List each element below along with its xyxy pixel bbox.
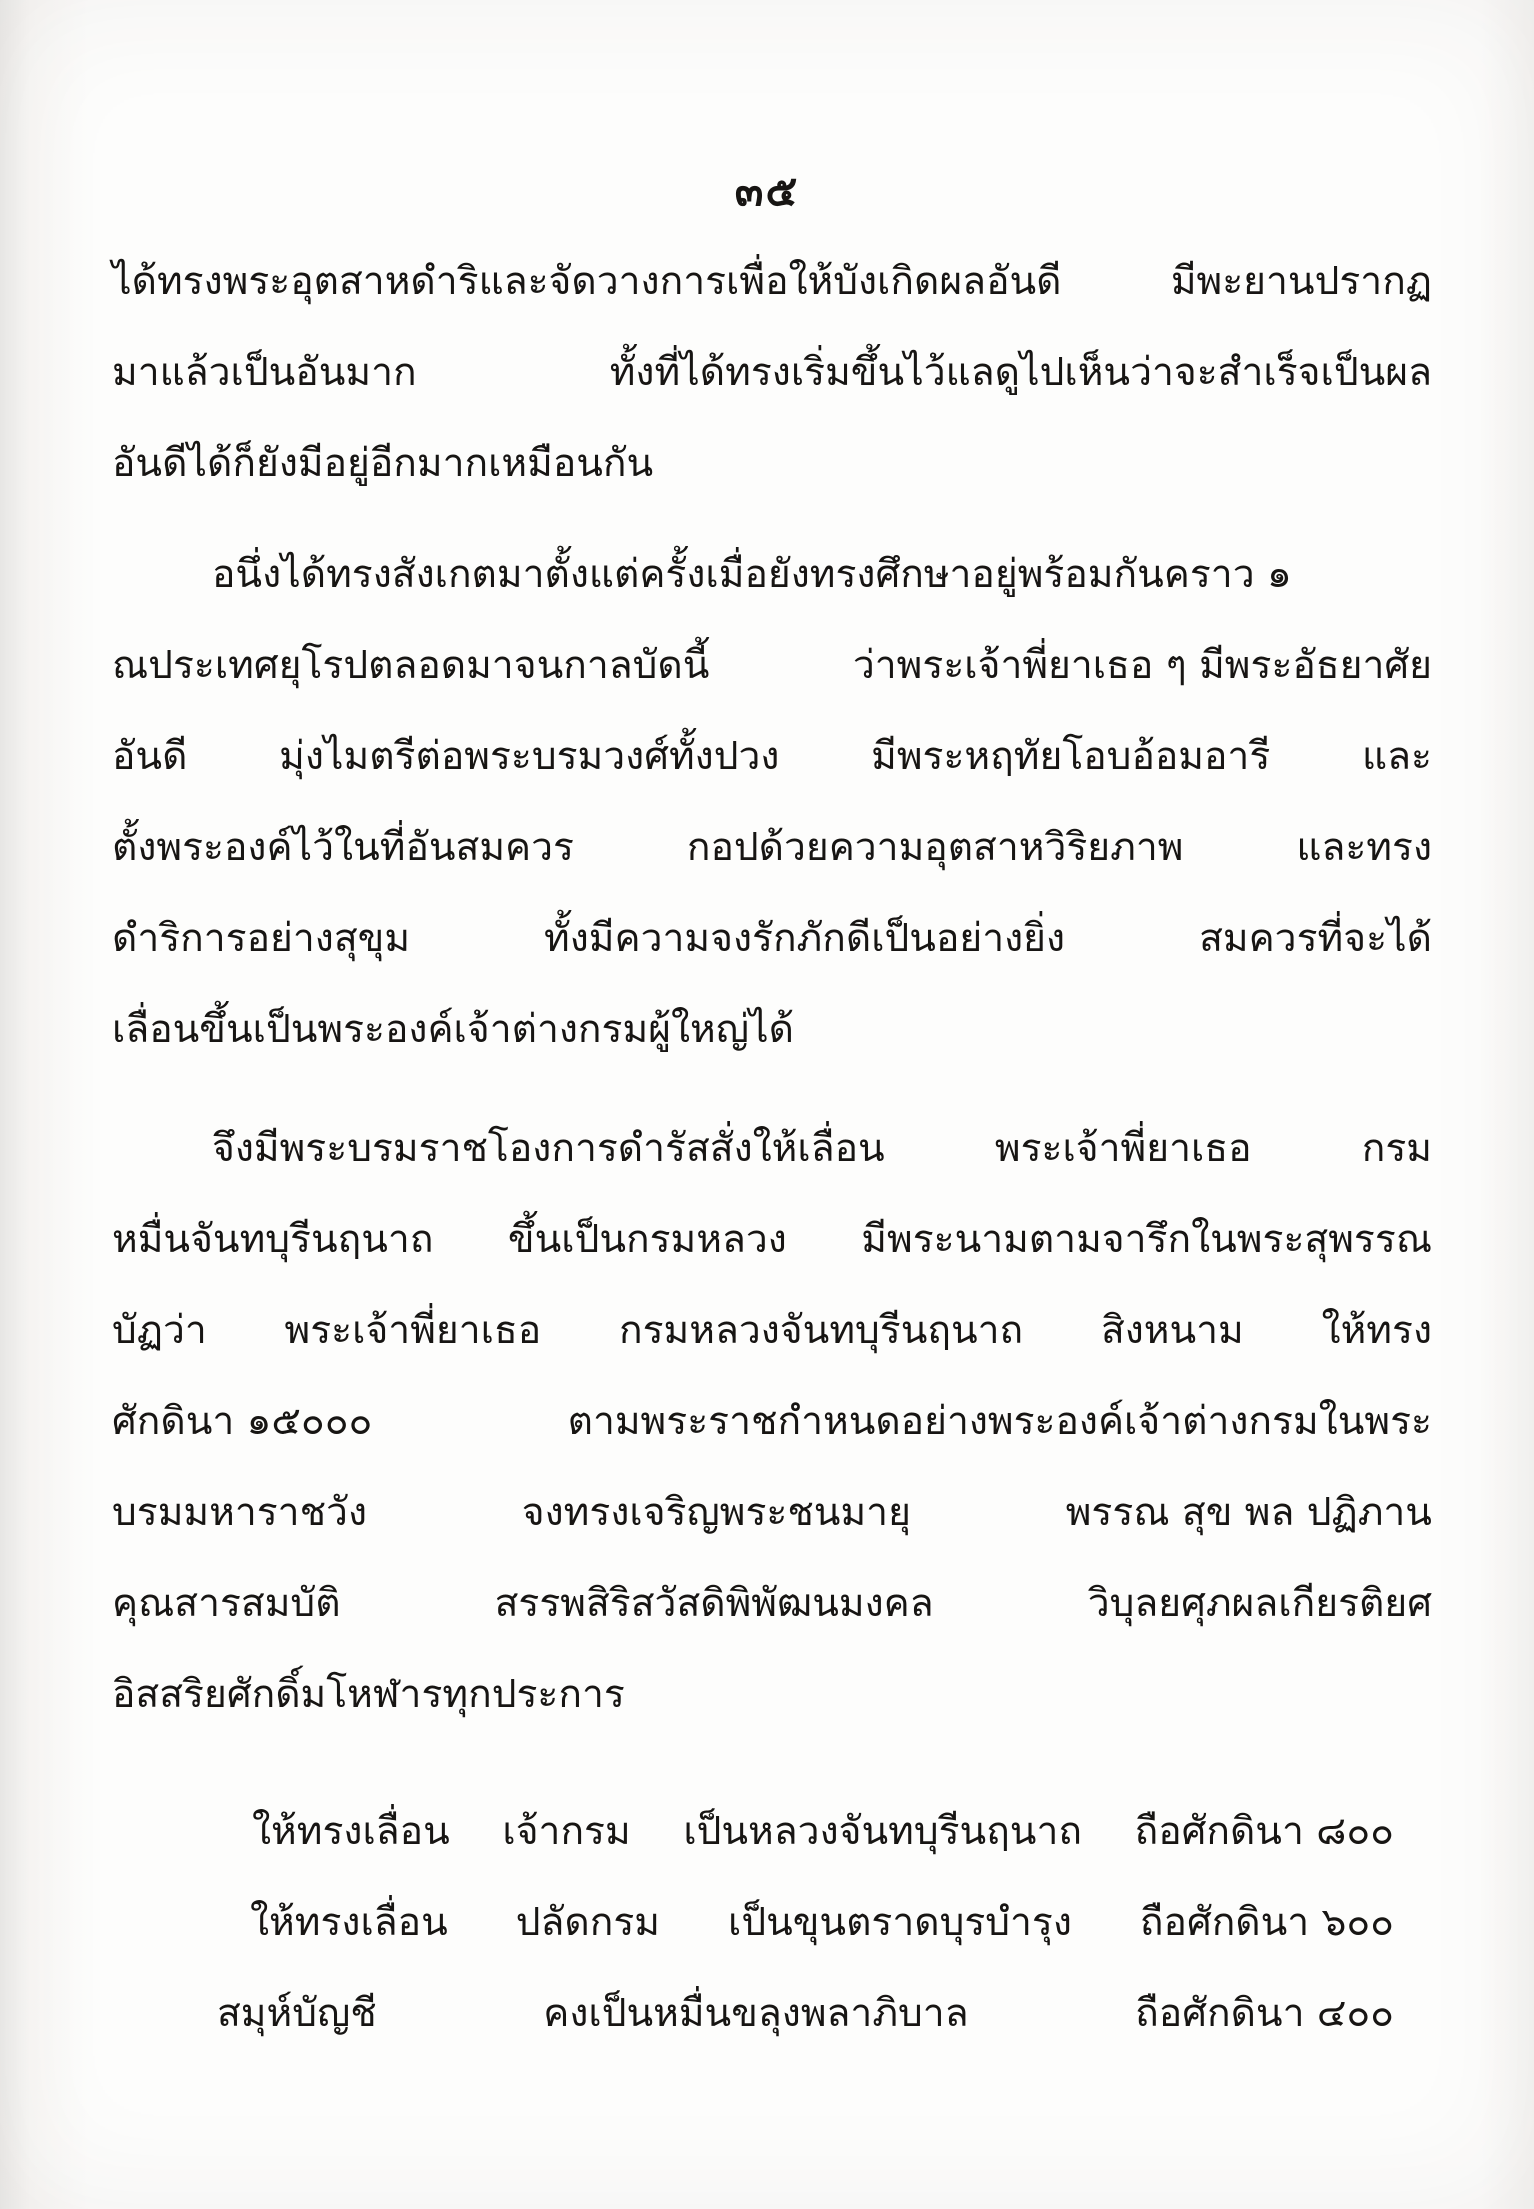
paragraph: จึงมีพระบรมราชโองการดำรัสสั่งให้เลื่อนพร…: [112, 1103, 1432, 1740]
paragraph: อนึ่งได้ทรงสังเกตมาตั้งแต่ครั้งเมื่อยังท…: [112, 529, 1432, 1075]
text-segment: มุ่งไมตรีต่อพระบรมวงศ์ทั้งปวง: [279, 711, 779, 802]
page-number: ๓๕: [0, 158, 1534, 224]
text-segment: ว่าพระเจ้าพี่ยาเธอ ๆ มีพระอัธยาศัย: [853, 620, 1432, 711]
text-segment: จึงมีพระบรมราชโองการดำรัสสั่งให้เลื่อน: [212, 1103, 885, 1194]
text-segment: เลื่อนขึ้นเป็นพระองค์เจ้าต่างกรมผู้ใหญ่ไ…: [112, 984, 794, 1075]
text-line: อันดีได้ก็ยังมีอยู่อีกมากเหมือนกัน: [112, 418, 1432, 509]
text-line: สมุห์บัญชีคงเป็นหมื่นขลุงพลาภิบาลถือศักด…: [112, 1968, 1432, 2059]
document-body: ได้ทรงพระอุตสาหดำริและจัดวางการเพื่อให้บ…: [112, 236, 1432, 2059]
text-segment: ศักดินา ๑๕๐๐๐: [112, 1376, 372, 1467]
text-segment: อันดีได้ก็ยังมีอยู่อีกมากเหมือนกัน: [112, 418, 653, 509]
paragraph: ให้ทรงเลื่อนเจ้ากรมเป็นหลวงจันทบุรีนฤนาถ…: [112, 1786, 1432, 2059]
text-segment: ถือศักดินา ๔๐๐: [1135, 1968, 1394, 2059]
scanned-document-page: ๓๕ ได้ทรงพระอุตสาหดำริและจัดวางการเพื่อใ…: [0, 0, 1534, 2209]
text-line: อนึ่งได้ทรงสังเกตมาตั้งแต่ครั้งเมื่อยังท…: [112, 529, 1432, 620]
text-segment: คงเป็นหมื่นขลุงพลาภิบาล: [543, 1968, 968, 2059]
text-segment: เป็นขุนตราดบุรบำรุง: [728, 1877, 1072, 1968]
text-segment: อันดี: [112, 711, 187, 802]
text-segment: บรมมหาราชวัง: [112, 1467, 367, 1558]
text-segment: ให้ทรงเลื่อน: [250, 1877, 448, 1968]
text-line: อันดีมุ่งไมตรีต่อพระบรมวงศ์ทั้งปวงมีพระห…: [112, 711, 1432, 802]
text-line: บัฏว่าพระเจ้าพี่ยาเธอกรมหลวงจันทบุรีนฤนา…: [112, 1285, 1432, 1376]
text-segment: ปลัดกรม: [516, 1877, 660, 1968]
text-segment: ตามพระราชกำหนดอย่างพระองค์เจ้าต่างกรมในพ…: [568, 1376, 1432, 1467]
text-segment: วิบุลยศุภผลเกียรติยศ: [1088, 1558, 1432, 1649]
text-segment: สิงหนาม: [1101, 1285, 1244, 1376]
text-segment: ดำริการอย่างสุขุม: [112, 893, 410, 984]
text-segment: มาแล้วเป็นอันมาก: [112, 327, 417, 418]
paragraph: ได้ทรงพระอุตสาหดำริและจัดวางการเพื่อให้บ…: [112, 236, 1432, 509]
text-segment: สมควรที่จะได้: [1199, 893, 1432, 984]
text-segment: เป็นหลวงจันทบุรีนฤนาถ: [683, 1786, 1082, 1877]
text-segment: มีพระหฤทัยโอบอ้อมอารี: [871, 711, 1270, 802]
text-segment: ณประเทศยุโรปตลอดมาจนกาลบัดนี้: [112, 620, 709, 711]
text-segment: และทรง: [1296, 802, 1432, 893]
text-segment: เจ้ากรม: [502, 1786, 630, 1877]
text-segment: สรรพสิริสวัสดิพิพัฒนมงคล: [495, 1558, 934, 1649]
text-segment: หมื่นจันทบุรีนฤนาถ: [112, 1194, 433, 1285]
text-line: ให้ทรงเลื่อนเจ้ากรมเป็นหลวงจันทบุรีนฤนาถ…: [112, 1786, 1432, 1877]
text-segment: และ: [1362, 711, 1432, 802]
text-segment: มีพะยานปรากฏ: [1171, 236, 1432, 327]
text-segment: จงทรงเจริญพระชนมายุ: [522, 1467, 911, 1558]
text-segment: กรม: [1362, 1103, 1432, 1194]
text-segment: ได้ทรงพระอุตสาหดำริและจัดวางการเพื่อให้บ…: [112, 236, 1061, 327]
text-line: ให้ทรงเลื่อนปลัดกรมเป็นขุนตราดบุรบำรุงถื…: [112, 1877, 1432, 1968]
text-segment: ทั้งมีความจงรักภักดีเป็นอย่างยิ่ง: [544, 893, 1065, 984]
text-segment: ให้ทรงเลื่อน: [252, 1786, 450, 1877]
text-segment: พรรณ สุข พล ปฏิภาน: [1066, 1467, 1432, 1558]
text-line: บรมมหาราชวังจงทรงเจริญพระชนมายุพรรณ สุข …: [112, 1467, 1432, 1558]
text-segment: ถือศักดินา ๘๐๐: [1135, 1786, 1394, 1877]
text-segment: คุณสารสมบัติ: [112, 1558, 341, 1649]
text-line: จึงมีพระบรมราชโองการดำรัสสั่งให้เลื่อนพร…: [112, 1103, 1432, 1194]
text-line: อิสสริยศักดิ์มโหฬารทุกประการ: [112, 1649, 1432, 1740]
text-segment: ตั้งพระองค์ไว้ในที่อันสมควร: [112, 802, 574, 893]
text-segment: ถือศักดินา ๖๐๐: [1140, 1877, 1394, 1968]
text-segment: กรมหลวงจันทบุรีนฤนาถ: [619, 1285, 1023, 1376]
text-segment: ให้ทรง: [1322, 1285, 1432, 1376]
text-segment: สมุห์บัญชี: [217, 1968, 377, 2059]
text-line: คุณสารสมบัติสรรพสิริสวัสดิพิพัฒนมงคลวิบุ…: [112, 1558, 1432, 1649]
text-segment: พระเจ้าพี่ยาเธอ: [285, 1285, 542, 1376]
text-line: เลื่อนขึ้นเป็นพระองค์เจ้าต่างกรมผู้ใหญ่ไ…: [112, 984, 1432, 1075]
text-segment: ขึ้นเป็นกรมหลวง: [508, 1194, 787, 1285]
text-segment: บัฏว่า: [112, 1285, 207, 1376]
text-segment: พระเจ้าพี่ยาเธอ: [995, 1103, 1252, 1194]
text-segment: กอปด้วยความอุตสาหวิริยภาพ: [687, 802, 1184, 893]
text-line: ศักดินา ๑๕๐๐๐ตามพระราชกำหนดอย่างพระองค์เ…: [112, 1376, 1432, 1467]
text-segment: อิสสริยศักดิ์มโหฬารทุกประการ: [112, 1649, 625, 1740]
text-line: หมื่นจันทบุรีนฤนาถขึ้นเป็นกรมหลวงมีพระนา…: [112, 1194, 1432, 1285]
text-line: ได้ทรงพระอุตสาหดำริและจัดวางการเพื่อให้บ…: [112, 236, 1432, 327]
text-segment: อนึ่งได้ทรงสังเกตมาตั้งแต่ครั้งเมื่อยังท…: [212, 529, 1292, 620]
text-segment: ทั้งที่ได้ทรงเริ่มขึ้นไว้แลดูไปเห็นว่าจะ…: [610, 327, 1432, 418]
text-line: ดำริการอย่างสุขุมทั้งมีความจงรักภักดีเป็…: [112, 893, 1432, 984]
text-segment: มีพระนามตามจารึกในพระสุพรรณ: [861, 1194, 1432, 1285]
text-line: ณประเทศยุโรปตลอดมาจนกาลบัดนี้ว่าพระเจ้าพ…: [112, 620, 1432, 711]
text-line: มาแล้วเป็นอันมากทั้งที่ได้ทรงเริ่มขึ้นไว…: [112, 327, 1432, 418]
text-line: ตั้งพระองค์ไว้ในที่อันสมควรกอปด้วยความอุ…: [112, 802, 1432, 893]
